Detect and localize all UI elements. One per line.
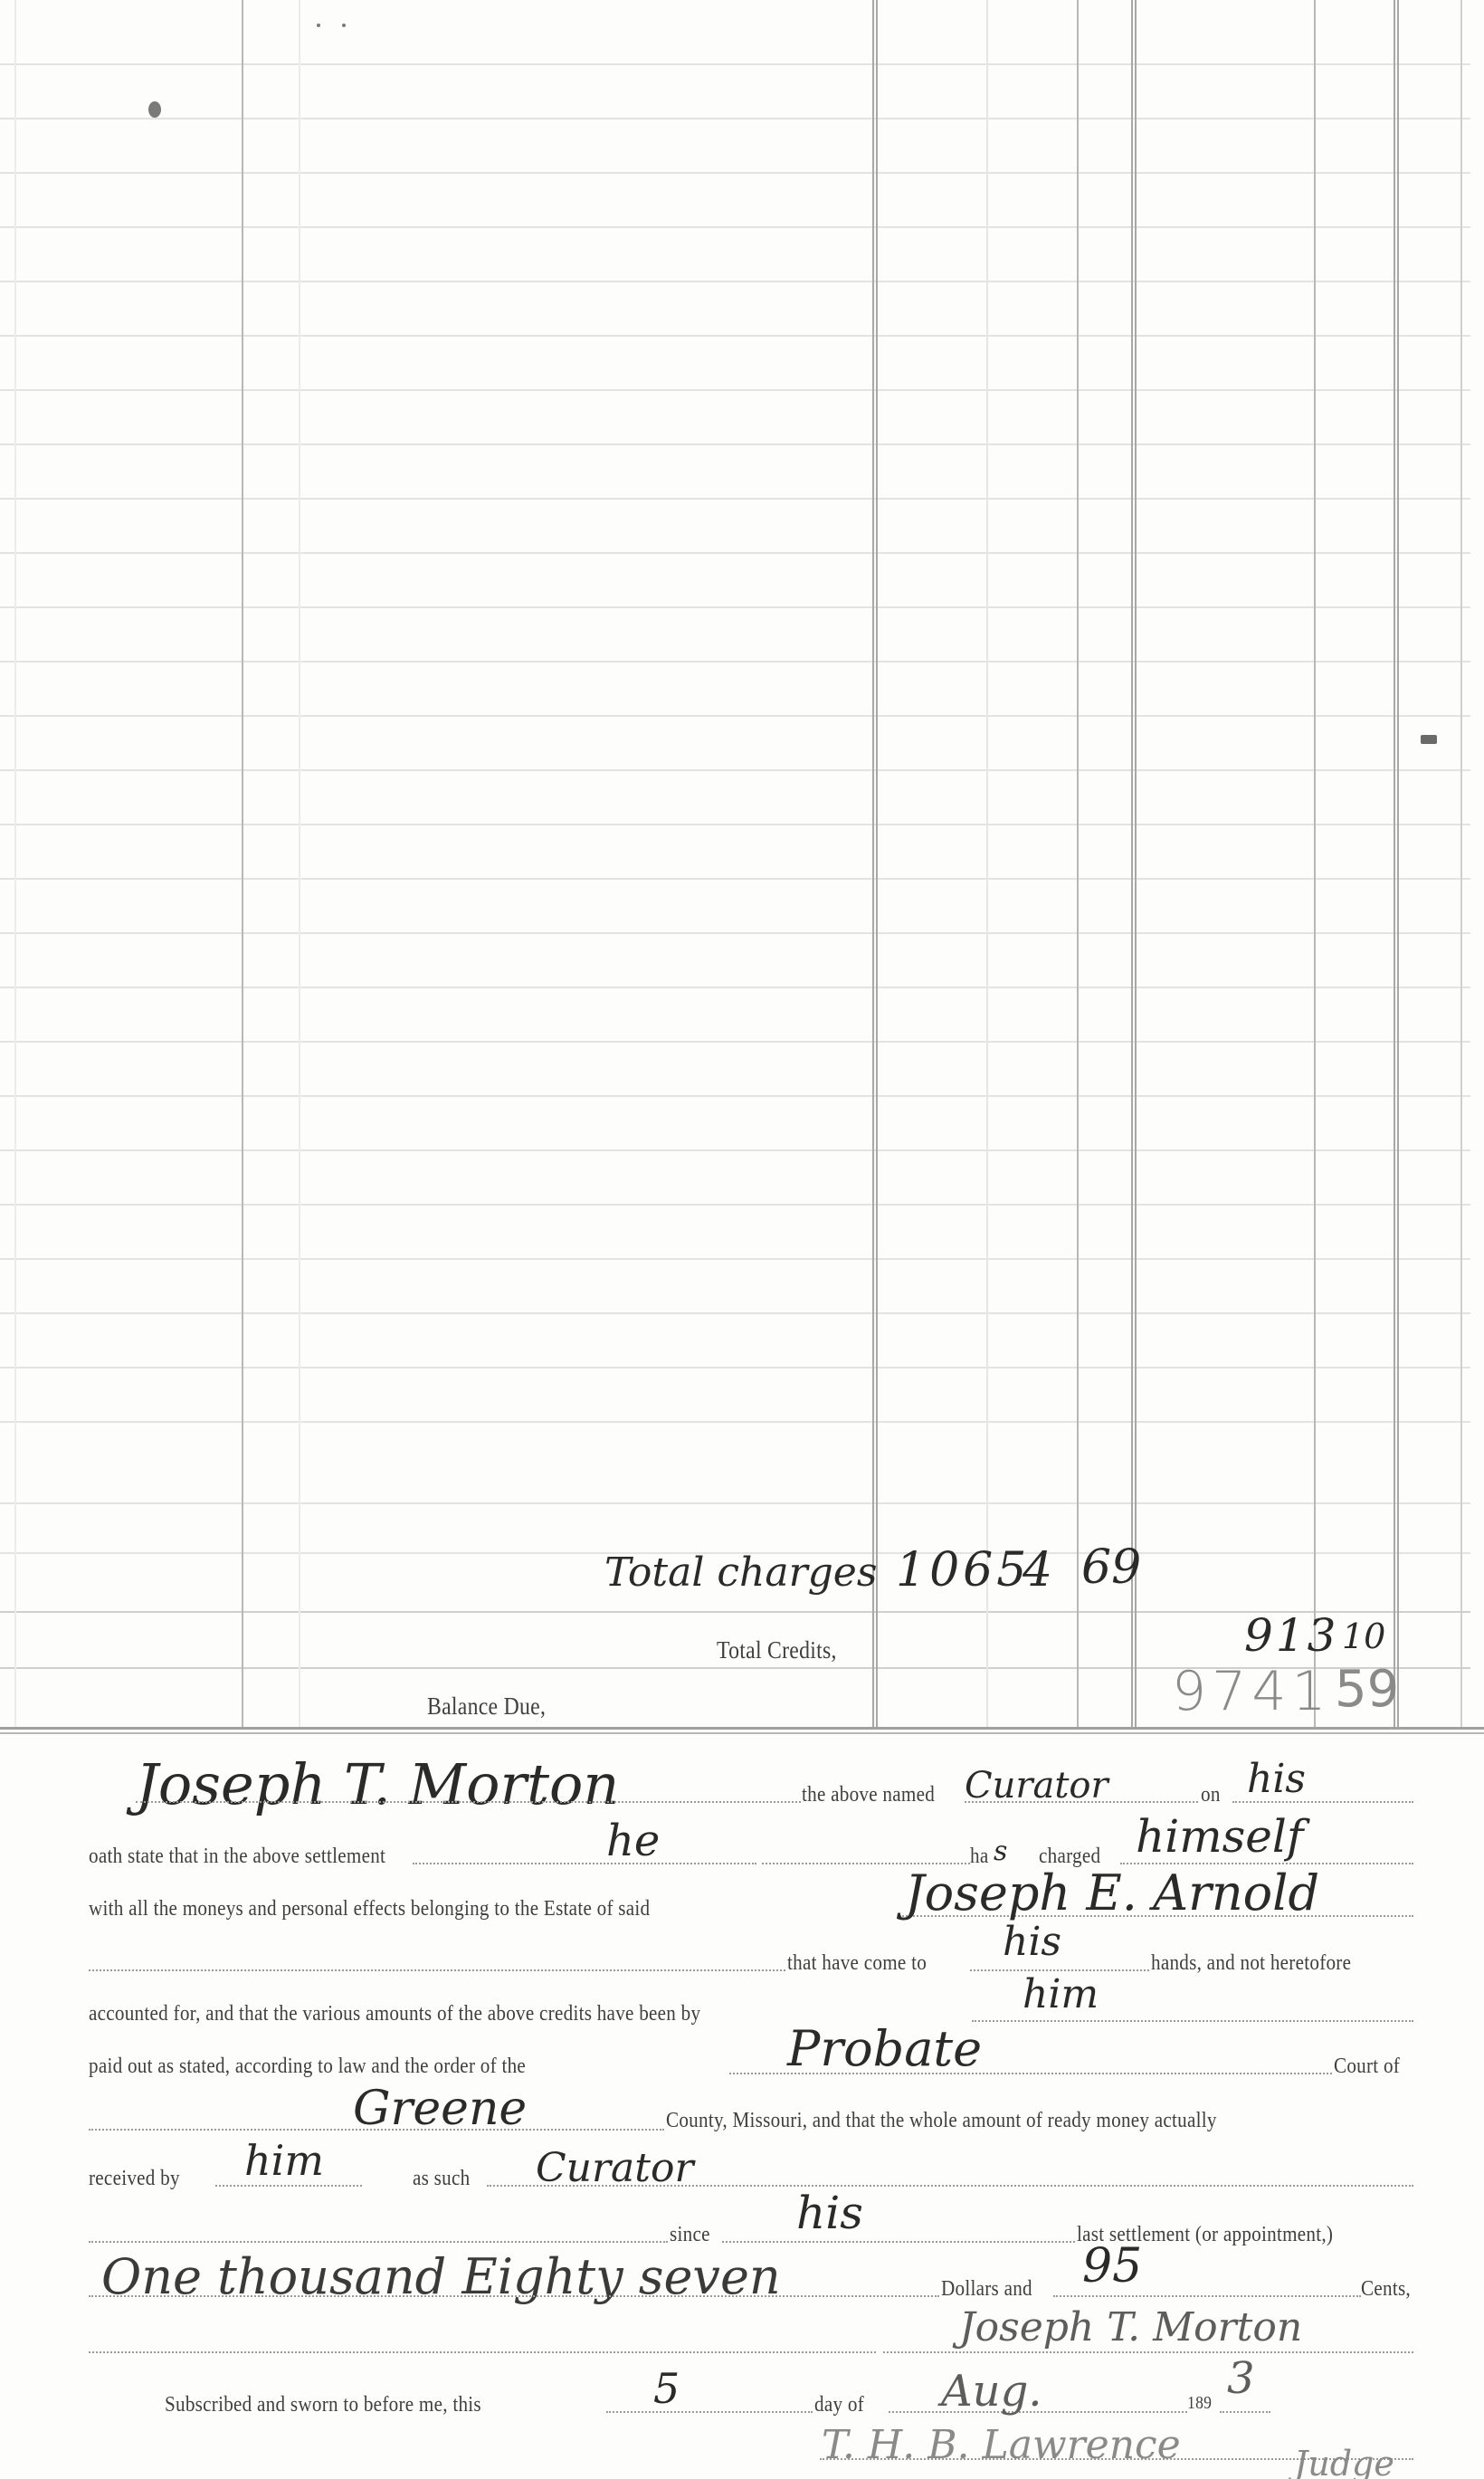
fill-line — [1220, 2411, 1270, 2413]
county-greene: Greene — [353, 2082, 527, 2136]
fill-line — [136, 1801, 801, 1803]
jurat-year: 3 — [1227, 2353, 1255, 2404]
fill-line — [606, 2411, 813, 2413]
fill-line — [215, 2185, 362, 2187]
balance-due-dollars: 9741 — [1172, 1660, 1332, 1723]
affiant-signature: Joseph T. Morton — [959, 2304, 1302, 2350]
affidavit-text: that have come to — [787, 1951, 927, 1976]
cents-amount: 95 — [1082, 2239, 1142, 2293]
curator-name: Joseph T. Morton — [136, 1751, 619, 1817]
fill-line — [89, 2351, 876, 2353]
role-curator: Curator — [536, 2145, 693, 2191]
has-suffix: s — [994, 1835, 1007, 1867]
total-charges-cents: 69 — [1081, 1540, 1141, 1595]
jurat-day: 5 — [653, 2364, 680, 2413]
ink-speck — [342, 24, 346, 27]
balance-due-label: Balance Due, — [427, 1692, 546, 1721]
judge-title: Judge — [1294, 2444, 1394, 2479]
jurat-text: day of — [814, 2393, 864, 2417]
fill-line — [89, 2295, 939, 2297]
affidavit-text: as such — [413, 2167, 470, 2191]
affidavit-text: since — [670, 2223, 710, 2247]
affidavit-text: Dollars and — [941, 2277, 1032, 2302]
total-credits-cents: 10 — [1342, 1616, 1385, 1656]
total-charges-dollars-extra: 4 — [1023, 1543, 1052, 1597]
affidavit-text: Court of — [1334, 2055, 1400, 2079]
court-probate: Probate — [787, 2020, 982, 2077]
affidavit-text: accounted for, and that the various amou… — [89, 2002, 700, 2026]
total-credits-label: Total Credits, — [717, 1636, 837, 1664]
charged-himself: himself — [1136, 1810, 1303, 1863]
affidavit-text: on — [1201, 1783, 1221, 1807]
affidavit-text: County, Missouri, and that the whole amo… — [666, 2109, 1217, 2133]
balance-due-cents: 59 — [1335, 1660, 1399, 1719]
section-separator — [0, 1727, 1484, 1734]
estate-name: Joseph E. Arnold — [905, 1864, 1319, 1921]
fill-line — [722, 2241, 1075, 2243]
affidavit-text: Cents, — [1361, 2277, 1411, 2302]
fill-line — [413, 1863, 756, 1864]
jurat-year-prefix: 189 — [1187, 2393, 1212, 2414]
total-charges-label: Total charges — [604, 1549, 877, 1596]
judge-signature: T. H. B. Lawrence — [822, 2422, 1181, 2468]
pronoun-his: his — [1247, 1756, 1306, 1802]
total-charges-dollars: 1065 — [896, 1543, 1030, 1597]
fill-line — [89, 1969, 785, 1971]
ink-speck — [317, 24, 320, 27]
fill-line — [972, 2020, 1413, 2022]
affidavit-text: hands, and not heretofore — [1151, 1951, 1351, 1976]
fill-line — [89, 2241, 668, 2243]
pronoun-his: his — [796, 2187, 863, 2239]
pronoun-him: him — [1023, 1971, 1099, 2017]
signature-line — [883, 2351, 1413, 2353]
jurat-text: Subscribed and sworn to before me, this — [165, 2393, 481, 2417]
pronoun-his: his — [1003, 1919, 1061, 1965]
ledger-page: Total charges 1065 4 69 Total Credits, 9… — [0, 0, 1484, 2479]
role-curator: Curator — [965, 1765, 1108, 1807]
jurat-month: Aug. — [941, 2366, 1042, 2417]
pronoun-he: he — [606, 1816, 660, 1866]
pronoun-him: him — [244, 2136, 324, 2185]
affidavit-text: oath state that in the above settlement — [89, 1845, 385, 1869]
affidavit-text: with all the moneys and personal effects… — [89, 1897, 650, 1921]
affidavit-text: received by — [89, 2167, 180, 2191]
scan-mark — [1421, 735, 1437, 744]
fill-line — [1053, 2295, 1361, 2297]
affidavit-text: paid out as stated, according to law and… — [89, 2055, 526, 2079]
affidavit-text: the above named — [802, 1783, 935, 1807]
ink-blot — [148, 101, 161, 118]
total-credits-dollars: 913 — [1244, 1609, 1338, 1662]
